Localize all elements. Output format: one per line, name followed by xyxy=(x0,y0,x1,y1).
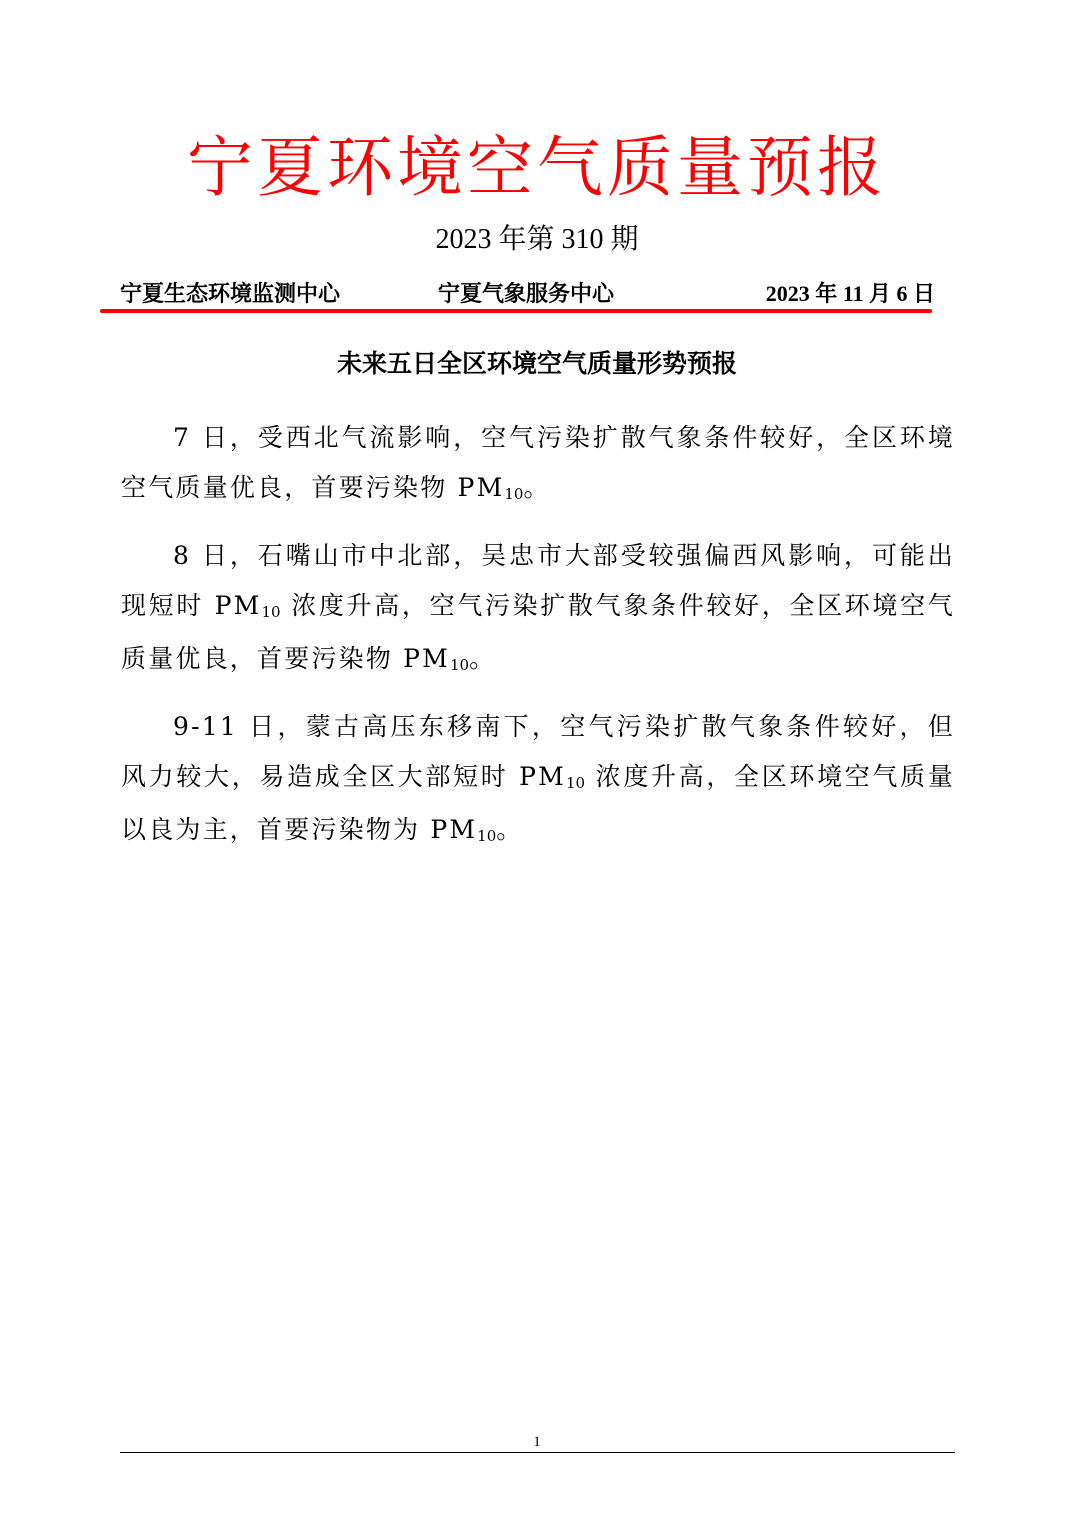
forecast-paragraph-day-7: 7 日，受西北气流影响，空气污染扩散气象条件较好，全区环境空气质量优良，首要污染… xyxy=(121,413,955,516)
section-heading: 未来五日全区环境空气质量形势预报 xyxy=(0,344,1074,384)
subscript: 10 xyxy=(504,485,523,503)
issuer-meteorology-center: 宁夏气象服务中心 xyxy=(438,276,614,312)
issuer-row: 宁夏生态环境监测中心 宁夏气象服务中心 2023 年 11 月 6 日 xyxy=(120,276,935,312)
subscript: 10 xyxy=(477,827,496,845)
subscript: 10 xyxy=(566,774,585,792)
forecast-paragraph-day-8: 8 日，石嘴山市中北部，吴忠市大部受较强偏西风影响，可能出现短时 PM10 浓度… xyxy=(121,531,955,687)
subscript: 10 xyxy=(261,603,280,621)
paragraph-text: 。 xyxy=(496,815,523,844)
page-number: 1 xyxy=(0,1432,1074,1452)
subscript: 10 xyxy=(450,656,469,674)
paragraph-text: 。 xyxy=(523,473,550,502)
paragraph-text: 。 xyxy=(469,644,496,673)
issue-date: 2023 年 11 月 6 日 xyxy=(766,276,935,312)
issue-number: 2023 年第 310 期 xyxy=(0,220,1074,260)
issuer-ecology-center: 宁夏生态环境监测中心 xyxy=(120,276,340,312)
forecast-body: 7 日，受西北气流影响，空气污染扩散气象条件较好，全区环境空气质量优良，首要污染… xyxy=(121,413,955,873)
header-red-divider xyxy=(100,309,932,313)
document-title: 宁夏环境空气质量预报 xyxy=(0,124,1074,212)
document-page: 宁夏环境空气质量预报 2023 年第 310 期 宁夏生态环境监测中心 宁夏气象… xyxy=(0,0,1074,1520)
footer-divider xyxy=(120,1452,955,1453)
forecast-paragraph-day-9-11: 9-11 日，蒙古高压东移南下，空气污染扩散气象条件较好，但风力较大，易造成全区… xyxy=(121,702,955,858)
